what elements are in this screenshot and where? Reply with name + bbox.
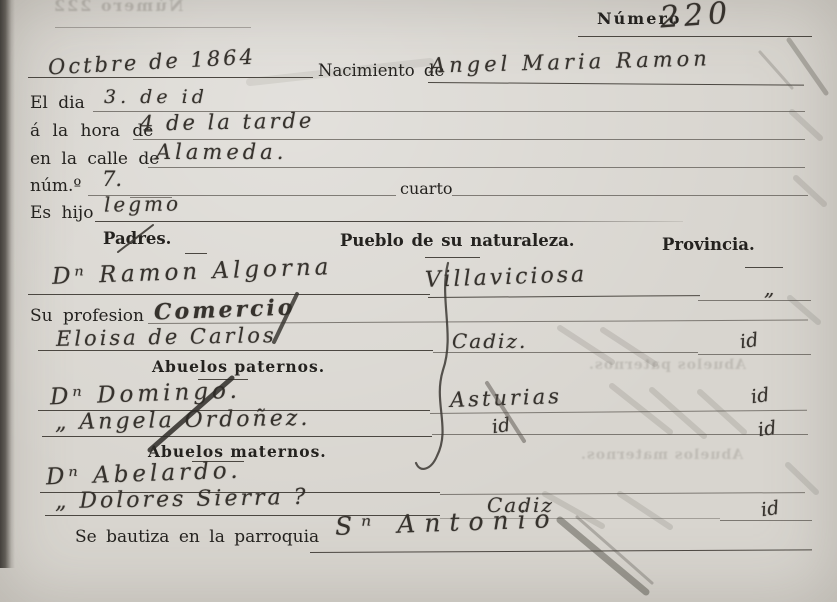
paternal-grandmother-line <box>42 436 432 437</box>
house-number-value: 7. <box>102 167 122 191</box>
child-status-label: Es hijo <box>30 203 93 223</box>
top-right-smudge-2 <box>760 52 792 88</box>
father-name-value: Dⁿ Ramon Algorna <box>52 254 333 290</box>
bottom-smudge-stroke <box>560 520 646 592</box>
street-label: en la calle de <box>30 149 159 169</box>
child-status-line <box>95 221 683 222</box>
day-label: El dia <box>30 93 85 113</box>
mother-name-value: Eloisa de Carlos <box>56 323 277 351</box>
paternal-grandfather-provincia: id <box>750 384 771 408</box>
profession-label: Su profesion <box>30 306 144 326</box>
cuarto-label: cuarto <box>400 179 453 198</box>
cuarto-line <box>452 195 808 196</box>
maternal-grandmother-name: „ Dolores Sierra ? <box>55 485 309 514</box>
baptism-parish-value: Sⁿ Antonio <box>335 504 559 541</box>
numero-line <box>578 36 812 37</box>
mother-pueblo-value: Cadiz. <box>452 329 527 353</box>
child-name-value: Angel Maria Ramon <box>430 46 711 77</box>
day-value: 3. de id <box>104 86 208 108</box>
padres-dash <box>185 253 207 254</box>
pueblo-dash <box>425 257 480 258</box>
father-provincia-dash <box>745 267 783 268</box>
nacimiento-label: Nacimiento de <box>318 61 444 80</box>
mother-provincia-value: id <box>739 329 760 353</box>
maternal-grandmother-provincia-line <box>720 520 812 521</box>
mother-pueblo-line <box>433 352 698 353</box>
legitimacy-overline <box>130 197 172 198</box>
father-provincia-value: „ <box>764 276 774 300</box>
column-header-pueblo: Pueblo de su naturaleza. <box>340 231 575 250</box>
street-line <box>148 167 805 168</box>
book-binding-edge <box>0 0 15 568</box>
baptism-label: Se bautiza en la parroquia <box>75 527 319 547</box>
bleed-through-paternal: Abuelos paternos. <box>588 357 746 373</box>
hour-value: 4 de la tarde <box>140 108 315 135</box>
column-header-provincia: Provincia. <box>662 235 755 254</box>
date-value: Octbre de 1864 <box>48 45 257 80</box>
bleed-through-maternal: Abuelos maternos. <box>580 447 743 463</box>
paternal-grandmother-pueblo-line <box>432 434 808 435</box>
hour-label: á la hora de <box>30 121 153 141</box>
father-provincia-line <box>698 300 811 301</box>
date-line <box>28 77 313 78</box>
paternal-grandmother-name: „ Angela Ordoñez. <box>55 406 311 435</box>
mother-provincia-line <box>698 354 811 355</box>
numero-value: 220 <box>659 0 734 35</box>
mother-name-line <box>38 350 433 351</box>
paternal-grandfather-name: Dⁿ Domingo. <box>50 378 242 411</box>
profession-value: Comercio <box>154 295 296 326</box>
paternal-grandfather-pueblo: Asturias <box>450 384 563 412</box>
paternal-grandmother-provincia: id <box>757 417 778 441</box>
house-number-label: núm.º <box>30 176 81 196</box>
maternal-grandmother-provincia: id <box>760 497 781 521</box>
baptism-line <box>310 549 812 553</box>
father-pueblo-line <box>428 295 700 298</box>
register-page: Número 222 Abuelos paternos. Abuelos mat… <box>0 0 837 602</box>
bleed-through-rule <box>55 27 251 28</box>
column-header-padres: Padres. <box>103 229 171 248</box>
paternal-grandparents-header: Abuelos paternos. <box>152 357 325 376</box>
father-name-line <box>28 294 430 295</box>
street-value: Alameda. <box>156 140 287 164</box>
father-pueblo-value: Villaviciosa <box>425 262 588 293</box>
name-line <box>428 82 804 86</box>
bleed-through-number: Número 222 <box>52 0 183 15</box>
child-status-value: legmo <box>104 191 181 216</box>
